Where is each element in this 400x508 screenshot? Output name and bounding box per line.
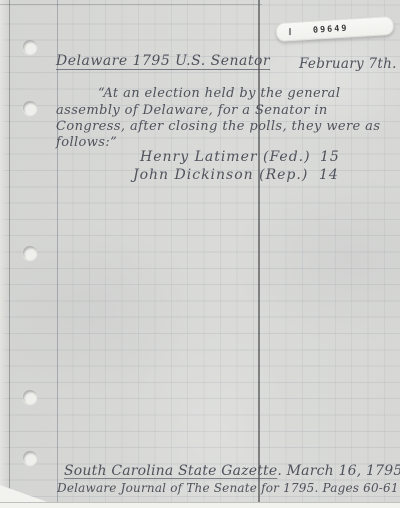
candidate-name: John Dickinson (Rep.) — [133, 167, 308, 183]
center-fold-line — [258, 0, 260, 504]
quote-line-1: “At an election held by the general — [98, 86, 340, 101]
quote-line-3: Congress, after closing the polls, they … — [56, 119, 380, 134]
page-title: Delaware 1795 U.S. Senator — [56, 53, 270, 69]
left-margin-line — [57, 0, 58, 508]
quote-line-2: assembly of Delaware, for a Senator in — [56, 103, 328, 118]
punch-hole — [23, 101, 37, 115]
punch-hole — [23, 40, 37, 54]
citation-source-date: . March 16, 1795. — [277, 463, 400, 479]
punch-hole — [23, 390, 37, 404]
citation-line-2: Delaware Journal of The Senate for 1795.… — [57, 481, 400, 495]
top-edge-line — [0, 4, 262, 5]
quote-line-4: follows:” — [56, 135, 117, 150]
result-row: Henry Latimer (Fed.) 15 — [140, 149, 311, 165]
punch-hole — [23, 246, 37, 260]
entry-date: February 7th. — [299, 56, 397, 72]
candidate-name: Henry Latimer (Fed.) — [140, 149, 311, 165]
vote-count: 15 — [320, 149, 340, 165]
result-row: John Dickinson (Rep.) 14 — [133, 167, 308, 183]
archive-number: 09649 — [313, 23, 349, 35]
left-edge-crease-line — [9, 0, 10, 508]
scanned-notebook-page: 09649 Delaware 1795 U.S. Senator Februar… — [0, 0, 400, 508]
notebook-paper: 09649 Delaware 1795 U.S. Senator Februar… — [0, 0, 400, 508]
citation-source-title: South Carolina State Gazette — [64, 463, 277, 479]
punch-hole — [23, 451, 37, 465]
citation-line-1: South Carolina State Gazette. March 16, … — [64, 463, 400, 479]
paper-left-edge — [0, 0, 8, 508]
paper-bottom-edge — [0, 502, 400, 508]
sticker-tick-mark-icon — [289, 28, 291, 35]
vote-count: 14 — [319, 167, 339, 183]
quad-grid-lines — [57, 0, 400, 508]
